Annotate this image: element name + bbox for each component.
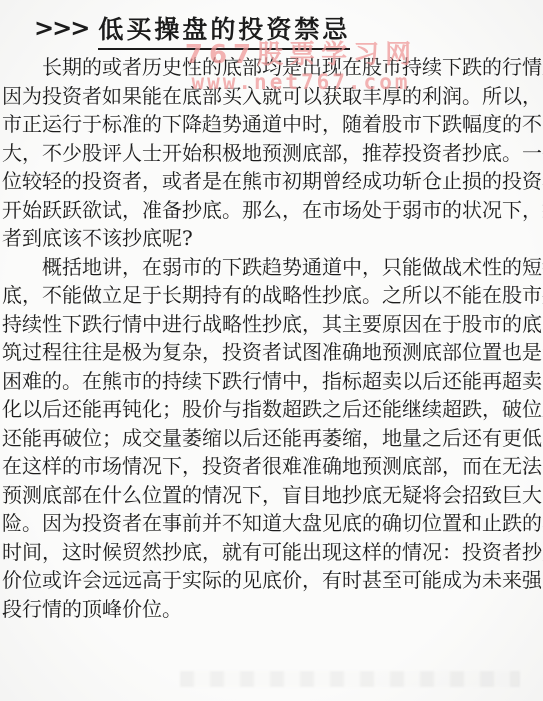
text-line: 价位或许会远远高于实际的见底价，有时甚至可能成为未来强势波 [2, 566, 541, 595]
text-line: 市正运行于标准的下降趋势通道中时，随着股市下跌幅度的不断加 [2, 110, 541, 139]
text-line: 化以后还能再钝化；股价与指数超跌之后还能继续超跌，破位之后 [2, 395, 541, 424]
title-chevrons-icon: >>> [34, 14, 88, 42]
text-line: 概括地讲，在弱市的下跌趋势通道中，只能做战术性的短线抄 [2, 253, 541, 282]
text-line: 险。因为投资者在事前并不知道大盘见底的确切位置和止跌的具体 [2, 509, 541, 538]
page-title: >>>低买操盘的投资禁忌 [0, 0, 543, 46]
body-text: 长期的或者历史性的底部均是出现在股市持续下跌的行情之后，因为投资者如果能在底部买… [2, 53, 541, 623]
text-line: 持续性下跌行情中进行战略性抄底，其主要原因在于股市的底部构 [2, 310, 541, 339]
text-line: 筑过程往往是极为复杂，投资者试图准确地预测底部位置也是十分 [2, 338, 541, 367]
page-title-text: 低买操盘的投资禁忌 [98, 15, 350, 50]
text-line: 段行情的顶峰价位。 [2, 595, 541, 624]
text-line: 时间，这时候贸然抄底，就有可能出现这样的情况：投资者抄底的 [2, 538, 541, 567]
text-line: 长期的或者历史性的底部均是出现在股市持续下跌的行情之后， [2, 53, 541, 82]
text-line: 者到底该不该抄底呢? [2, 224, 541, 253]
scan-noise-artifact [180, 671, 520, 687]
text-line: 预测底部在什么位置的情况下，盲目地抄底无疑将会招致巨大的风 [2, 481, 541, 510]
text-line: 位较轻的投资者，或者是在熊市初期曾经成功斩仓止损的投资者也 [2, 167, 541, 196]
text-line: 开始跃跃欲试，准备抄底。那么，在市场处于弱市的状况下，投资 [2, 196, 541, 225]
text-line: 因为投资者如果能在底部买入就可以获取丰厚的利润。所以，当股 [2, 82, 541, 111]
paragraph: 概括地讲，在弱市的下跌趋势通道中，只能做战术性的短线抄底，不能做立足于长期持有的… [2, 253, 541, 624]
book-page: >>>低买操盘的投资禁忌 767股票学习网 www.net767.com 长期的… [0, 0, 543, 701]
text-line: 在这样的市场情况下，投资者很难准确地预测底部，而在无法准确 [2, 452, 541, 481]
paragraph: 长期的或者历史性的底部均是出现在股市持续下跌的行情之后，因为投资者如果能在底部买… [2, 53, 541, 253]
text-line: 底，不能做立足于长期持有的战略性抄底。之所以不能在股市处于 [2, 281, 541, 310]
text-line: 大，不少股评人士开始积极地预测底部，推荐投资者抄底。一些仓 [2, 139, 541, 168]
text-line: 还能再破位；成交量萎缩以后还能再萎缩，地量之后还有更低的量。 [2, 424, 541, 453]
text-line: 困难的。在熊市的持续下跌行情中，指标超卖以后还能再超卖，钝 [2, 367, 541, 396]
